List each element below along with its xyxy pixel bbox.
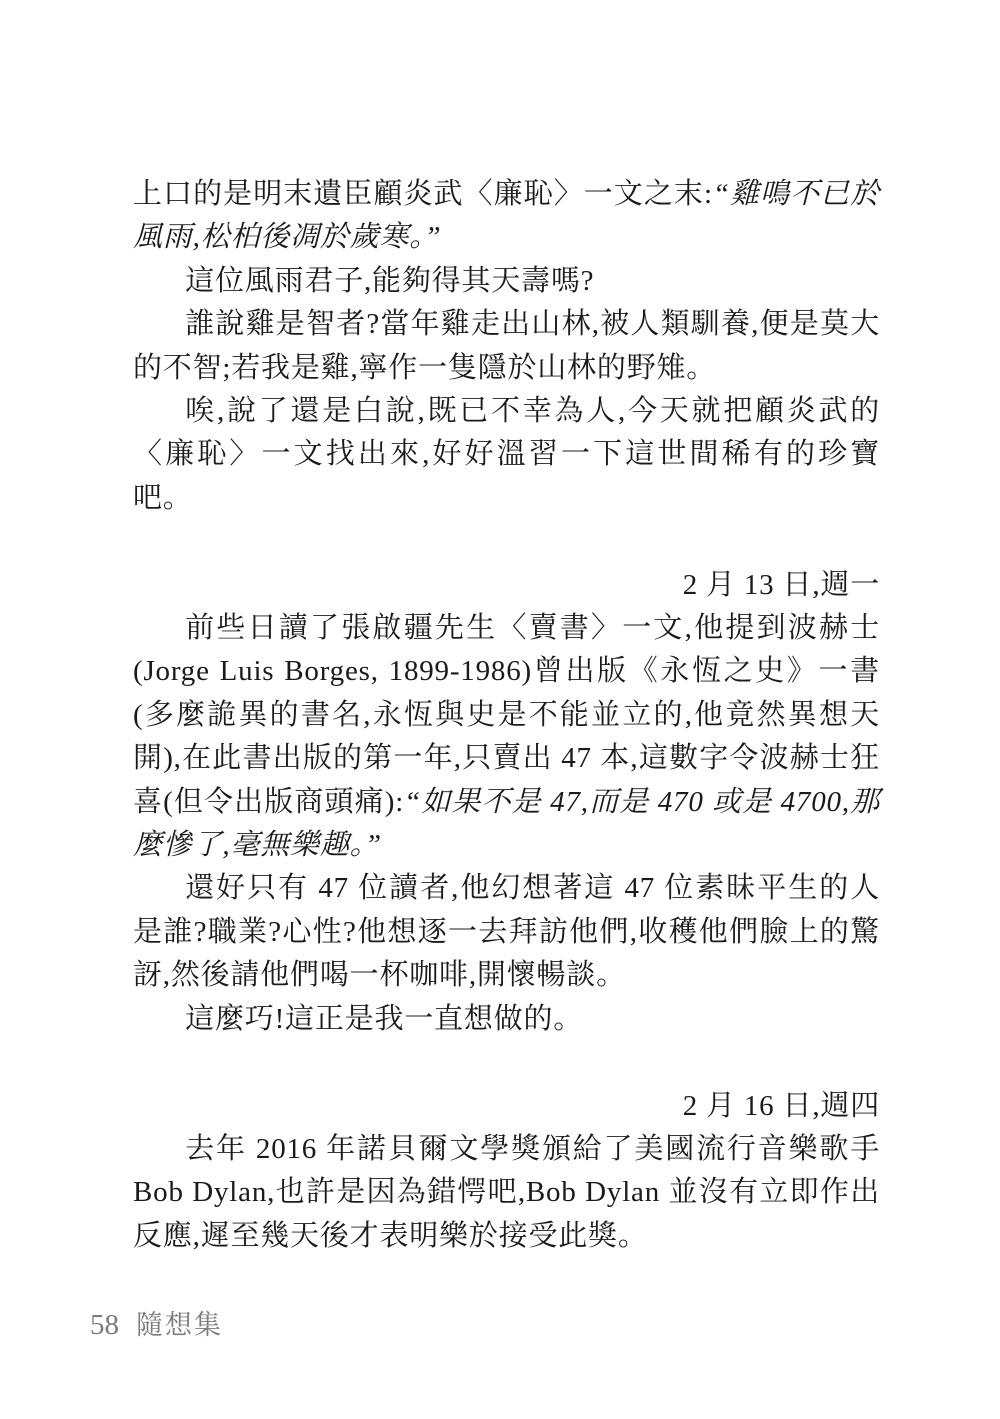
diary-date: 2 月 13 日,週一 bbox=[133, 564, 880, 607]
diary-date: 2 月 16 日,週四 bbox=[133, 1085, 880, 1128]
body-text: 這位風雨君子,能夠得其天壽嗎? bbox=[185, 265, 594, 297]
paragraph: 上口的是明末遺臣顧炎武〈廉恥〉一文之末:“雞鳴不已於風雨,松柏後凋於歲寒。” bbox=[133, 173, 880, 260]
body-text: 2 月 13 日,週一 bbox=[683, 569, 880, 601]
body-text: 唉,說了還是白說,既已不幸為人,今天就把顧炎武的〈廉恥〉一文找出來,好好溫習一下… bbox=[133, 395, 880, 514]
body-text: 這麼巧!這正是我一直想做的。 bbox=[185, 1003, 583, 1035]
paragraph: 還好只有 47 位讀者,他幻想著這 47 位素昧平生的人是誰?職業?心性?他想逐… bbox=[133, 867, 880, 997]
paragraph: 誰說雞是智者?當年雞走出山林,被人類馴養,便是莫大的不智;若我是雞,寧作一隻隱於… bbox=[133, 303, 880, 390]
page-footer: 58 隨想集 bbox=[90, 1303, 223, 1342]
paragraph: 這麼巧!這正是我一直想做的。 bbox=[133, 998, 880, 1041]
running-title: 隨想集 bbox=[136, 1303, 223, 1342]
body-text: 2 月 16 日,週四 bbox=[683, 1090, 880, 1122]
paragraph: 唉,說了還是白說,既已不幸為人,今天就把顧炎武的〈廉恥〉一文找出來,好好溫習一下… bbox=[133, 390, 880, 520]
page-number: 58 bbox=[90, 1309, 119, 1342]
body-text: 去年 2016 年諾貝爾文學獎頒給了美國流行音樂歌手 Bob Dylan,也許是… bbox=[133, 1133, 880, 1252]
book-page: 上口的是明末遺臣顧炎武〈廉恥〉一文之末:“雞鳴不已於風雨,松柏後凋於歲寒。”這位… bbox=[0, 0, 1000, 1419]
paragraph: 前些日讀了張啟疆先生〈賣書〉一文,他提到波赫士(Jorge Luis Borge… bbox=[133, 607, 880, 867]
body-text: 誰說雞是智者?當年雞走出山林,被人類馴養,便是莫大的不智;若我是雞,寧作一隻隱於… bbox=[133, 308, 880, 383]
paragraph: 這位風雨君子,能夠得其天壽嗎? bbox=[133, 260, 880, 303]
body-text: 上口的是明末遺臣顧炎武〈廉恥〉一文之末: bbox=[133, 178, 713, 210]
page-body: 上口的是明末遺臣顧炎武〈廉恥〉一文之末:“雞鳴不已於風雨,松柏後凋於歲寒。”這位… bbox=[133, 173, 880, 1258]
body-text: 還好只有 47 位讀者,他幻想著這 47 位素昧平生的人是誰?職業?心性?他想逐… bbox=[133, 872, 880, 991]
paragraph: 去年 2016 年諾貝爾文學獎頒給了美國流行音樂歌手 Bob Dylan,也許是… bbox=[133, 1128, 880, 1258]
